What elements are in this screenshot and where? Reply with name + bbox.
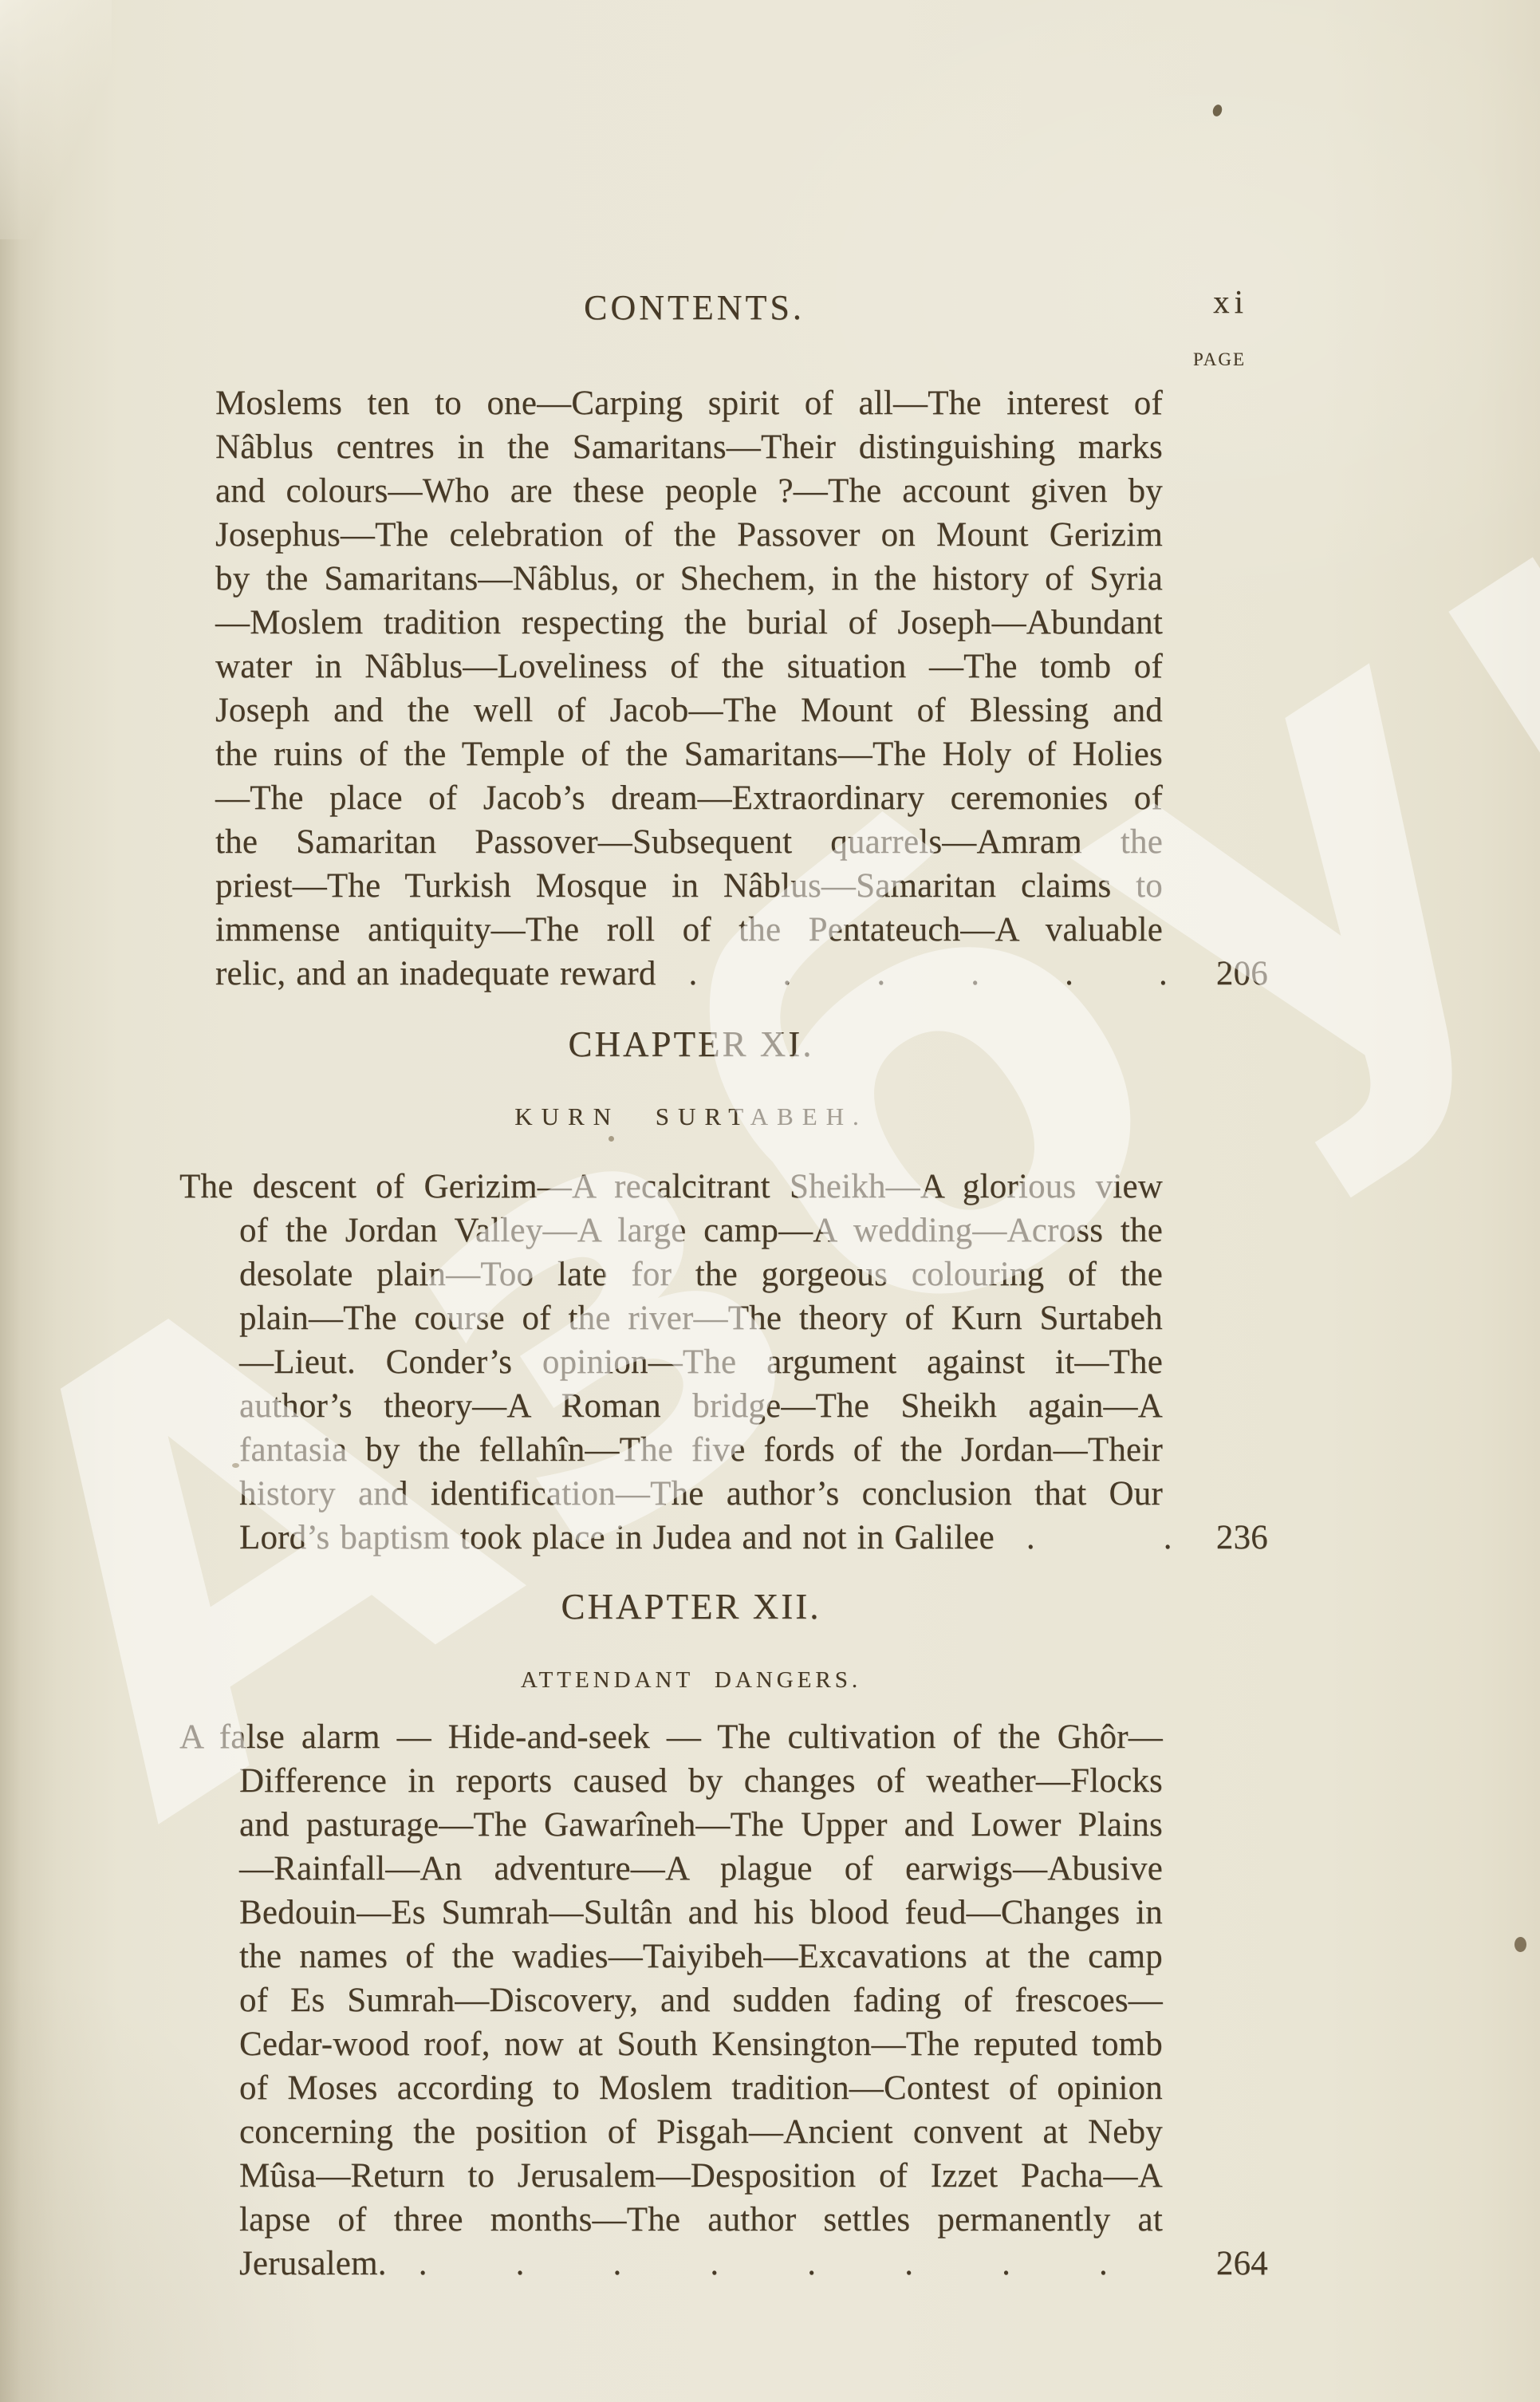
page-ref: 206	[1191, 952, 1268, 996]
toc-line-text: Jerusalem.	[239, 2242, 387, 2286]
toc-line: history and identification—The author’s …	[239, 1472, 1163, 1516]
toc-line: plain—The course of the river—The theory…	[239, 1296, 1163, 1340]
page-corner-highlight	[0, 0, 112, 239]
page-column-label: PAGE	[1193, 349, 1246, 370]
toc-line: —Moslem tradition respecting the burial …	[215, 601, 1163, 645]
toc-line: Josephus—The celebration of the Passover…	[215, 513, 1163, 557]
toc-paragraph-continuation: Moslems ten to one—Carping spirit of all…	[171, 381, 1163, 996]
toc-line: water in Nâblus—Loveliness of the situat…	[215, 645, 1163, 688]
toc-line: the ruins of the Temple of the Samaritan…	[215, 732, 1163, 776]
folio-number: xi	[1213, 282, 1248, 321]
toc-paragraph-chapter-11: The descent of Gerizim—A recalcitrant Sh…	[171, 1165, 1163, 1560]
toc-line: priest—The Turkish Mosque in Nâblus—Sama…	[215, 864, 1163, 908]
toc-line: Bedouin—Es Sumrah—Sultân and his blood f…	[239, 1891, 1163, 1935]
toc-line: by the Samaritans—Nâblus, or Shechem, in…	[215, 557, 1163, 601]
ink-speck	[1211, 104, 1223, 118]
toc-line: Mûsa—Return to Jerusalem—Desposition of …	[239, 2154, 1163, 2198]
toc-line: fantasia by the fellahîn—The five fords …	[239, 1428, 1163, 1472]
toc-line: the Samaritan Passover—Subsequent quarre…	[215, 820, 1163, 864]
book-page-scan: CONTENTS. xi PAGE Moslems ten to one—Car…	[0, 0, 1540, 2402]
page-title: CONTENTS.	[199, 287, 1190, 328]
toc-line-text: relic, and an inadequate reward	[215, 952, 656, 996]
toc-line: —Lieut. Conder’s opinion—The argument ag…	[239, 1340, 1163, 1384]
toc-line: of Moses according to Moslem tradition—C…	[239, 2066, 1163, 2110]
toc-line: of Es Sumrah—Discovery, and sudden fadin…	[239, 1978, 1163, 2022]
toc-line: Nâblus centres in the Samaritans—Their d…	[215, 425, 1163, 469]
toc-line: and colours—Who are these people ?—The a…	[215, 469, 1163, 513]
chapter-subtitle: KURN SURTABEH.	[195, 1102, 1187, 1131]
toc-line: desolate plain—Too late for the gorgeous…	[239, 1252, 1163, 1296]
toc-line-with-page-ref: relic, and an inadequate reward . . . . …	[215, 952, 1268, 996]
toc-line: the names of the wadies—Taiyibeh—Excavat…	[239, 1935, 1163, 1978]
chapter-subtitle: ATTENDANT DANGERS.	[195, 1667, 1187, 1694]
toc-line: Cedar-wood roof, now at South Kensington…	[239, 2022, 1163, 2066]
leader-dots: . .	[995, 1516, 1191, 1560]
toc-paragraph-chapter-12: A false alarm — Hide-and-seek — The cult…	[171, 1715, 1163, 2286]
toc-line: and pasturage—The Gawarîneh—The Upper an…	[239, 1803, 1163, 1847]
chapter-heading: CHAPTER XII.	[195, 1586, 1187, 1627]
toc-line: of the Jordan Valley—A large camp—A wedd…	[239, 1209, 1163, 1252]
toc-line: Moslems ten to one—Carping spirit of all…	[215, 381, 1163, 425]
ink-speck	[1514, 1937, 1526, 1952]
toc-line: Difference in reports caused by changes …	[239, 1759, 1163, 1803]
page-ref: 236	[1191, 1516, 1268, 1560]
toc-line: author’s theory—A Roman bridge—The Sheik…	[239, 1384, 1163, 1428]
ink-speck	[232, 1463, 239, 1468]
toc-line-with-page-ref: Jerusalem. . . . . . . . . . 264	[239, 2242, 1268, 2286]
page-ref: 264	[1191, 2242, 1268, 2286]
leader-dots: . . . . . .	[656, 952, 1191, 996]
toc-line: —Rainfall—An adventure—A plague of earwi…	[239, 1847, 1163, 1891]
toc-line: immense antiquity—The roll of the Pentat…	[215, 908, 1163, 952]
ink-speck	[609, 1136, 614, 1142]
toc-line: Joseph and the well of Jacob—The Mount o…	[215, 688, 1163, 732]
toc-line: The descent of Gerizim—A recalcitrant Sh…	[179, 1165, 1163, 1209]
toc-line-with-page-ref: Lord’s baptism took place in Judea and n…	[239, 1516, 1268, 1560]
toc-line: concerning the position of Pisgah—Ancien…	[239, 2110, 1163, 2154]
chapter-heading: CHAPTER XI.	[195, 1024, 1187, 1065]
toc-line-text: Lord’s baptism took place in Judea and n…	[239, 1516, 995, 1560]
toc-line: —The place of Jacob’s dream—Extraordinar…	[215, 776, 1163, 820]
toc-line: lapse of three months—The author settles…	[239, 2198, 1163, 2242]
leader-dots: . . . . . . . . .	[387, 2242, 1191, 2286]
toc-line: A false alarm — Hide-and-seek — The cult…	[179, 1715, 1163, 1759]
